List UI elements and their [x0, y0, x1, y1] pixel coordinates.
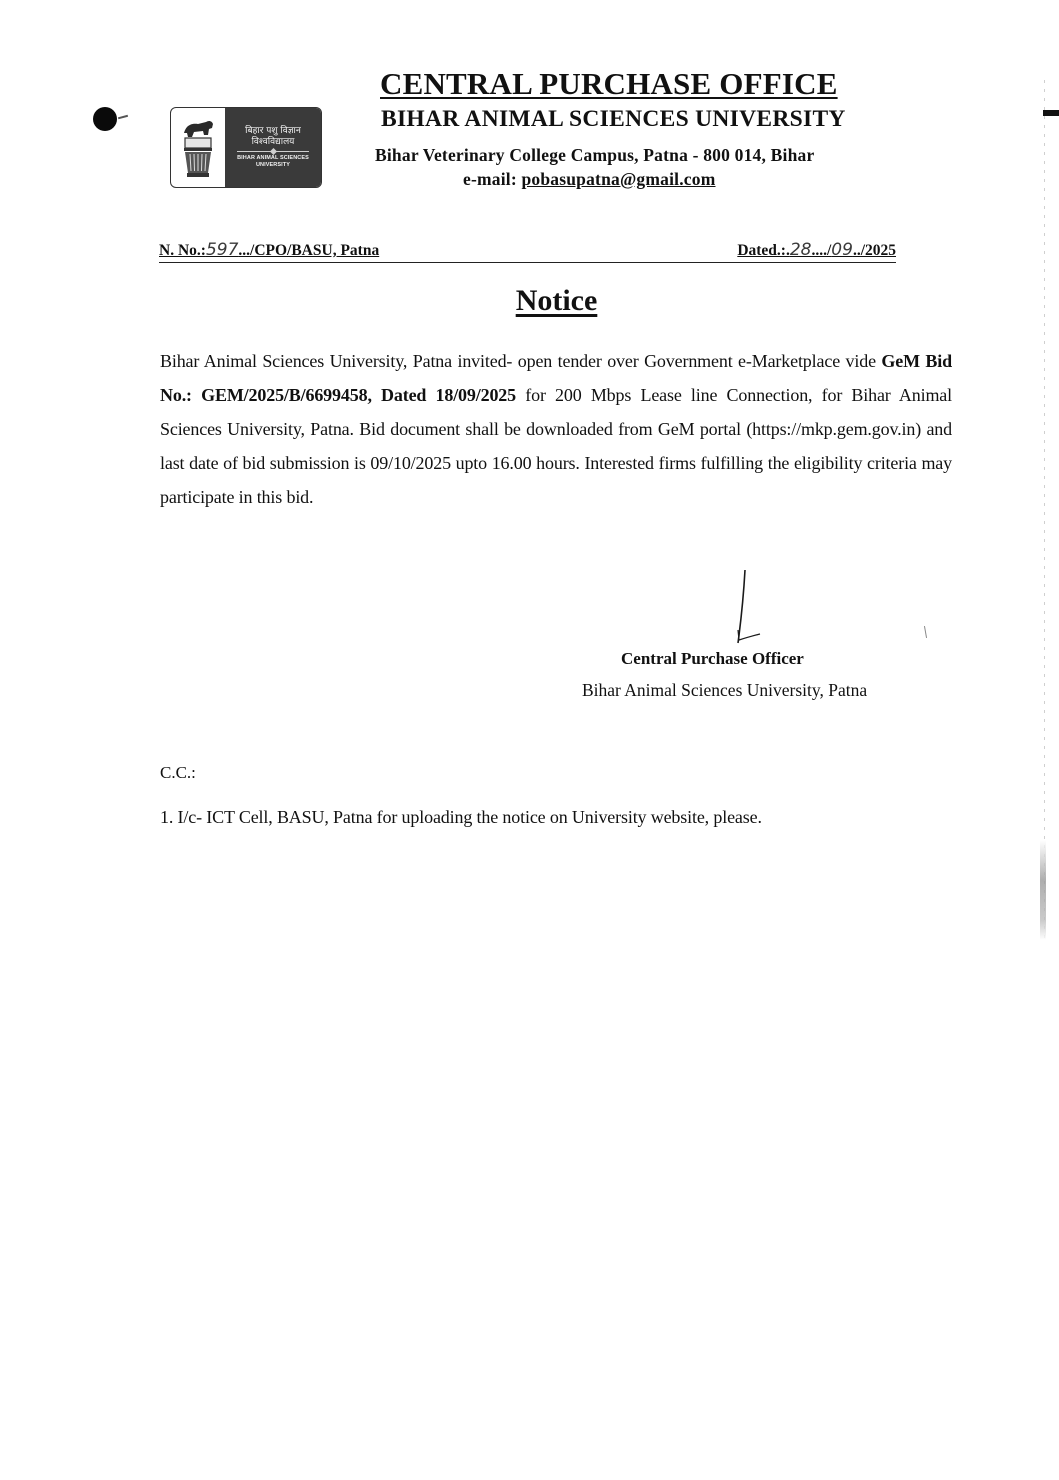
scan-mark [118, 115, 128, 120]
notice-number-label: N. No.: [159, 242, 206, 259]
date-day-handwritten: 28 [790, 240, 812, 260]
office-title: CENTRAL PURCHASE OFFICE [380, 66, 838, 102]
scan-mark [924, 626, 927, 638]
email-link[interactable]: pobasupatna@gmail.com [521, 169, 715, 189]
notice-body-part1: Bihar Animal Sciences University, Patna … [160, 351, 881, 371]
cc-label: C.C.: [160, 763, 196, 783]
scan-edge-line [1044, 80, 1045, 940]
date-month-handwritten: 09 [831, 240, 853, 260]
notice-number-handwritten: 597 [206, 240, 238, 260]
notice-number: N. No.:597.../CPO/BASU, Patna [159, 240, 379, 260]
reference-row: N. No.:597.../CPO/BASU, Patna Dated.:.28… [159, 240, 896, 263]
notice-body: Bihar Animal Sciences University, Patna … [160, 344, 952, 514]
address-line: Bihar Veterinary College Campus, Patna -… [375, 145, 814, 166]
university-name: BIHAR ANIMAL SCIENCES UNIVERSITY [381, 106, 846, 133]
logo-divider [237, 151, 309, 152]
notice-title: Notice [0, 284, 1059, 318]
signatory-organization: Bihar Animal Sciences University, Patna [582, 680, 867, 701]
cc-item: 1. I/c- ICT Cell, BASU, Patna for upload… [160, 807, 762, 828]
email-label: e-mail: [463, 169, 521, 189]
notice-date: Dated.:.28..../09../2025 [737, 240, 896, 260]
date-separator: ..../ [811, 242, 831, 259]
lion-capital-emblem-icon [171, 108, 225, 187]
university-logo: बिहार पशु विज्ञान विश्वविद्यालय BIHAR AN… [170, 107, 322, 188]
logo-hindi-line1: बिहार पशु विज्ञान [245, 126, 301, 137]
scan-edge-smudge [1040, 840, 1046, 940]
logo-english-line1: BIHAR ANIMAL SCIENCES [237, 155, 309, 162]
signature-scribble [730, 568, 770, 653]
email-line: e-mail: pobasupatna@gmail.com [463, 169, 716, 190]
logo-text-panel: बिहार पशु विज्ञान विश्वविद्यालय BIHAR AN… [225, 108, 321, 187]
date-year: ../2025 [853, 242, 896, 259]
scan-edge-mark [1043, 110, 1059, 116]
signatory-designation: Central Purchase Officer [621, 649, 804, 669]
notice-number-suffix: .../CPO/BASU, Patna [238, 242, 379, 259]
logo-hindi-line2: विश्वविद्यालय [252, 137, 295, 148]
punch-hole-mark [93, 107, 117, 131]
date-label: Dated.:. [737, 242, 790, 259]
logo-english-line2: UNIVERSITY [256, 162, 290, 169]
